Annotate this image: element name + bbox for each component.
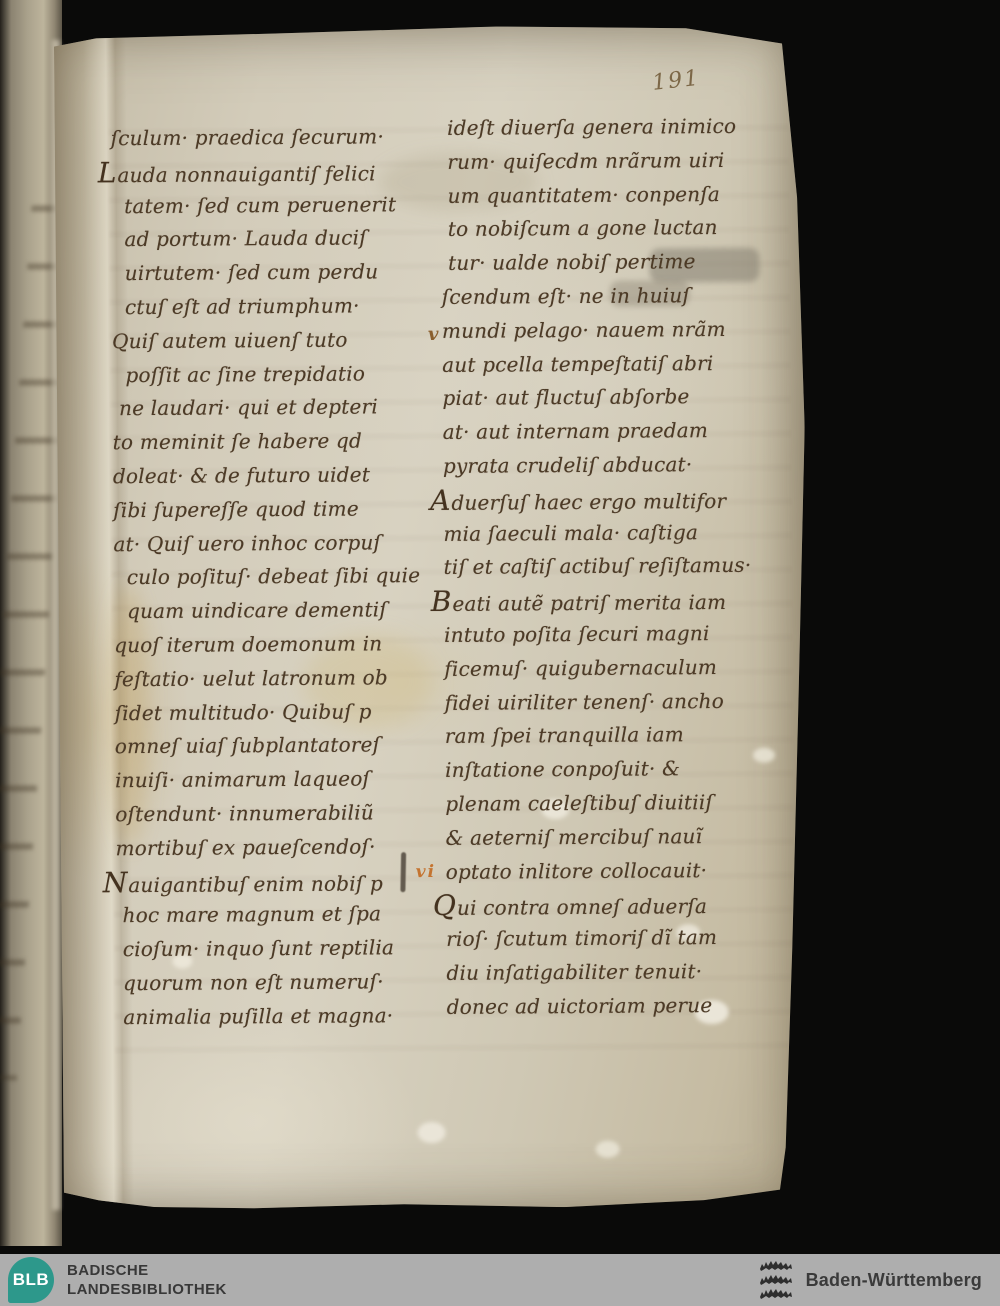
manuscript-line: at· Quiſ uero inhoc corpuſ: [113, 526, 423, 562]
manuscript-line: & aeterniſ mercibuſ nauĩ: [445, 819, 795, 855]
manuscript-line: plenam caeleſtibuſ diuitiiſ: [445, 785, 795, 821]
manuscript-line: pyrata crudeliſ abducat·: [443, 447, 793, 483]
manuscript-line: aut pcella tempeſtatiſ abri: [442, 346, 792, 382]
manuscript-line: ſibi ſupereſſe quod time: [113, 492, 423, 528]
parchment-fleck: [418, 1122, 446, 1143]
manuscript-line: mundi pelago· nauem nrãm: [442, 312, 792, 348]
manuscript-line: cioſum· inquo ſunt reptilia: [116, 931, 426, 967]
manuscript-line: doleat· & de futuro uidet: [113, 458, 423, 494]
manuscript-line: Aduerſuſ haec ergo multifor: [430, 481, 793, 517]
manuscript-line: ficemuſ· quigubernaculum: [444, 650, 794, 686]
manuscript-line: hoc mare magnum et ſpa: [116, 897, 426, 933]
manuscript-line: inſtatione conpoſuit· &: [445, 752, 795, 788]
baden-wuerttemberg-coat-of-arms-icon: [758, 1259, 794, 1301]
manuscript-line: inuiſi· animarum laqueoſ: [115, 762, 425, 798]
chapter-marker-v: v: [428, 324, 439, 345]
manuscript-line: piat· aut fluctuſ abſorbe: [442, 380, 792, 416]
manuscript-line: optato inlitore collocauit·: [446, 853, 796, 889]
blb-logo-text: BLB: [13, 1270, 49, 1290]
manuscript-line: animalia puſilla et magna·: [117, 999, 427, 1035]
library-footer-bar: BLB BADISCHE LANDESBIBLIOTHEK Baden-Würt…: [0, 1254, 1000, 1306]
folio-number: 191: [651, 66, 701, 96]
manuscript-scan-page: 191 ſculum· praedica ſecurum·Lauda nonna…: [0, 0, 1000, 1306]
manuscript-line: mortibuſ ex paueſcendoſ·: [115, 830, 425, 866]
manuscript-line: tiſ et caſtiſ actibuſ reſiſtamus·: [444, 549, 794, 585]
manuscript-line: ad portum· Lauda duciſ: [111, 221, 421, 257]
parchment-fleck: [596, 1141, 620, 1158]
manuscript-line: intuto poſita ſecuri magni: [444, 616, 794, 652]
parchment-leaf: 191 ſculum· praedica ſecurum·Lauda nonna…: [48, 21, 816, 1218]
manuscript-left-column: ſculum· praedica ſecurum·Lauda nonnauiga…: [111, 120, 427, 1035]
library-name: BADISCHE LANDESBIBLIOTHEK: [67, 1261, 227, 1299]
manuscript-line: quam uindicare dementiſ: [114, 593, 424, 629]
manuscript-line: poſſit ac ſine trepidatio: [112, 357, 422, 393]
manuscript-line: to nobiſcum a gone luctan: [441, 211, 791, 247]
manuscript-line: ſidet multitudo· Quibuſ p: [115, 695, 425, 731]
manuscript-line: feſtatio· uelut latronum ob: [114, 661, 424, 697]
manuscript-line: ctuſ eſt ad triumphum·: [112, 289, 422, 325]
manuscript-line: mia ſaeculi mala· caſtiga: [443, 515, 793, 551]
manuscript-line: rioſ· ſcutum timoriſ dĩ tam: [446, 921, 796, 957]
manuscript-line: fidei uiriliter tenenſ· ancho: [444, 684, 794, 720]
manuscript-line: tur· ualde nobiſ pertime: [441, 245, 791, 281]
manuscript-line: Beati autẽ patriſ merita iam: [431, 583, 794, 619]
manuscript-line: ne laudari· qui et depteri: [112, 390, 422, 426]
library-branding: BLB BADISCHE LANDESBIBLIOTHEK: [8, 1257, 227, 1303]
manuscript-line: rum· quiſecdm nrãrum uiri: [441, 143, 791, 179]
library-name-line2: LANDESBIBLIOTHEK: [67, 1280, 227, 1299]
manuscript-line: ſcendum eſt· ne in huiuſ: [442, 278, 792, 314]
library-name-line1: BADISCHE: [67, 1261, 227, 1280]
manuscript-line: Quiſ autem uiuenſ tuto: [112, 323, 422, 359]
manuscript-line: uirtutem· ſed cum perdu: [111, 255, 421, 291]
chapter-marker-vi: vi: [416, 862, 436, 882]
manuscript-line: ſculum· praedica ſecurum·: [111, 120, 421, 156]
blb-logo-icon: BLB: [8, 1257, 54, 1303]
manuscript-line: Qui contra omneſ aduerſa: [433, 887, 796, 923]
manuscript-line: quorum non eſt numeruſ·: [116, 965, 426, 1001]
manuscript-line: to meminit ſe habere qd: [113, 424, 423, 460]
manuscript-line: oſtendunt· innumerabiliũ: [115, 796, 425, 832]
manuscript-line: Nauigantibuſ enim nobiſ p: [103, 864, 426, 900]
manuscript-line: culo poſituſ· debeat ſibi quie: [114, 559, 424, 595]
paragraph-mark: [400, 852, 406, 892]
manuscript-line: um quantitatem· conpenſa: [441, 177, 791, 213]
manuscript-line: donec ad uictoriam perue: [447, 988, 797, 1024]
manuscript-line: diu inſatigabiliter tenuit·: [446, 954, 796, 990]
manuscript-line: Lauda nonnauigantiſ felici: [98, 154, 421, 190]
manuscript-line: omneſ uiaſ ſubplantatoreſ: [115, 728, 425, 764]
manuscript-right-column: ideſt diuerſa genera inimico rum· quiſec…: [440, 109, 796, 1024]
state-branding: Baden-Württemberg: [758, 1259, 982, 1301]
previous-page-edge: [0, 0, 62, 1246]
state-name: Baden-Württemberg: [806, 1270, 982, 1291]
manuscript-line: ram ſpei tranquilla iam: [445, 718, 795, 754]
manuscript-line: at· aut internam praedam: [443, 414, 793, 450]
manuscript-line: tatem· ſed cum peruenerit: [111, 188, 421, 224]
manuscript-line: quoſ iterum doemonum in: [114, 627, 424, 663]
manuscript-line: ideſt diuerſa genera inimico: [440, 109, 790, 145]
